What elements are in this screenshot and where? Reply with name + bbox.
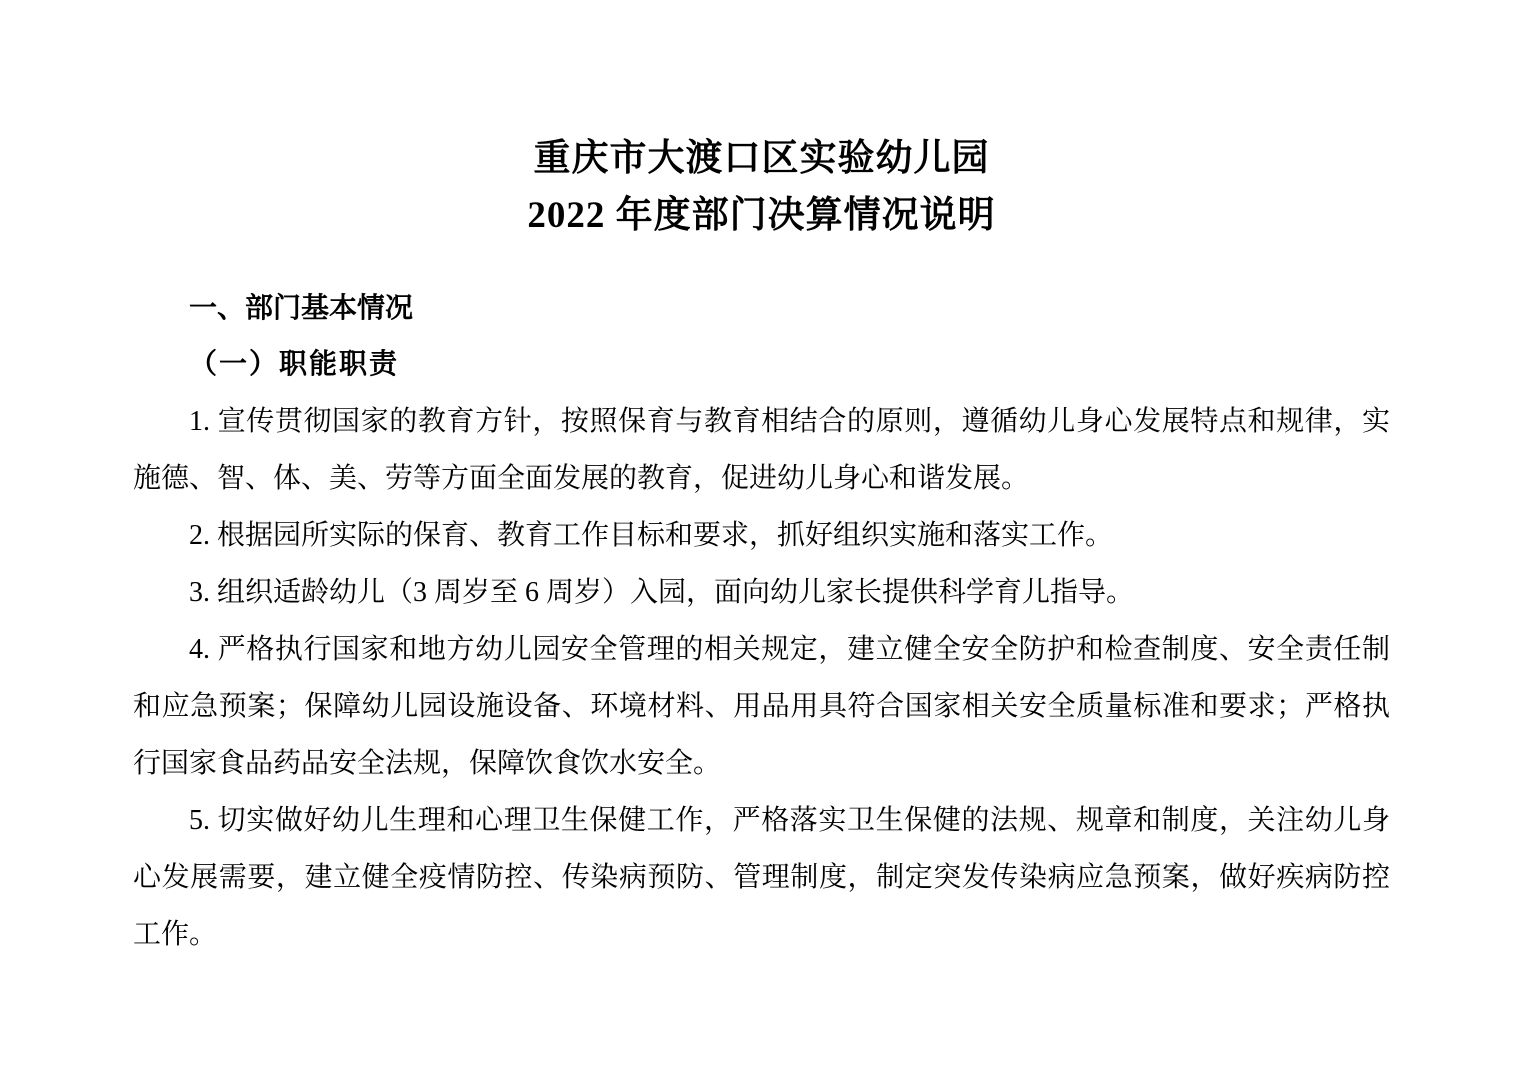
document-title-line1: 重庆市大渡口区实验幼儿园 <box>133 130 1390 187</box>
document-title: 重庆市大渡口区实验幼儿园 2022 年度部门决算情况说明 <box>133 130 1390 244</box>
paragraph-5: 5. 切实做好幼儿生理和心理卫生保健工作，严格落实卫生保健的法规、规章和制度，关… <box>133 792 1390 963</box>
document-page: 重庆市大渡口区实验幼儿园 2022 年度部门决算情况说明 一、部门基本情况 （一… <box>0 0 1520 1074</box>
document-content: 重庆市大渡口区实验幼儿园 2022 年度部门决算情况说明 一、部门基本情况 （一… <box>0 0 1520 963</box>
paragraph-2: 2. 根据园所实际的保育、教育工作目标和要求，抓好组织实施和落实工作。 <box>133 507 1390 564</box>
subsection-heading: （一）职能职责 <box>133 336 1390 393</box>
paragraph-1: 1. 宣传贯彻国家的教育方针，按照保育与教育相结合的原则，遵循幼儿身心发展特点和… <box>133 393 1390 507</box>
paragraph-3: 3. 组织适龄幼儿（3 周岁至 6 周岁）入园，面向幼儿家长提供科学育儿指导。 <box>133 564 1390 621</box>
section-heading: 一、部门基本情况 <box>133 279 1390 336</box>
document-title-line2: 2022 年度部门决算情况说明 <box>133 187 1390 244</box>
paragraph-4: 4. 严格执行国家和地方幼儿园安全管理的相关规定，建立健全安全防护和检查制度、安… <box>133 621 1390 792</box>
